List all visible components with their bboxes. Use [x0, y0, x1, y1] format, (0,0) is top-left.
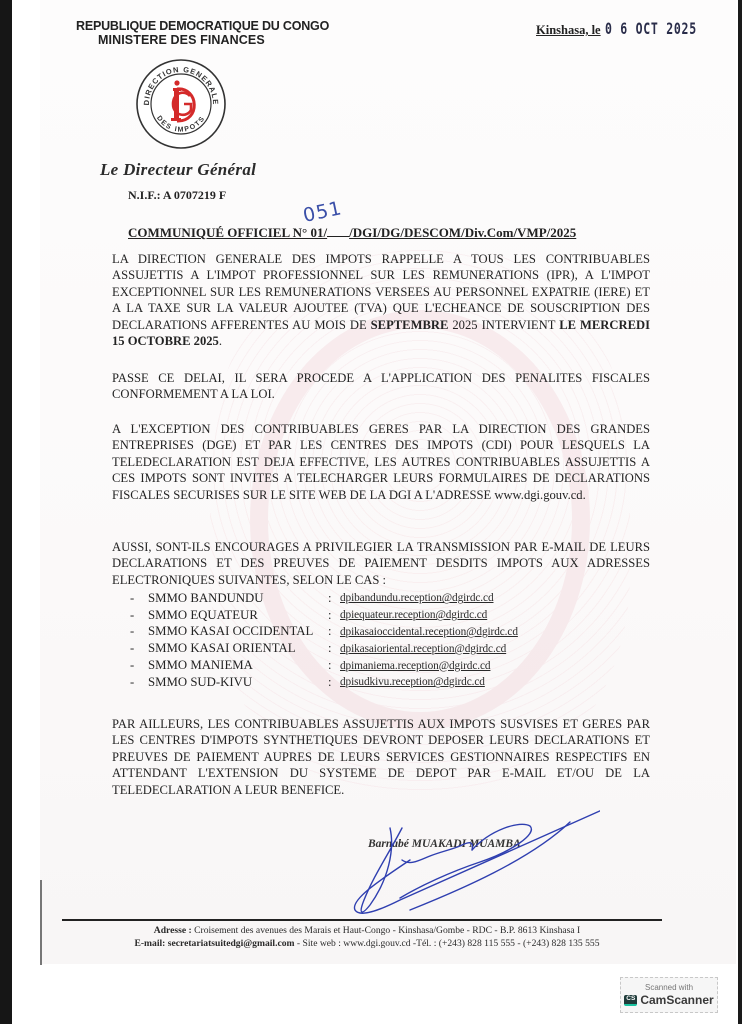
list-item: - SMMO KASAI ORIENTAL : dpikasaioriental… — [130, 640, 570, 657]
list-item: - SMMO MANIEMA : dpimaniema.reception@dg… — [130, 657, 570, 674]
left-frame-edge — [0, 0, 12, 1024]
right-frame-edge — [738, 0, 742, 1024]
date-stamp: 0 6 OCT 2025 — [605, 19, 697, 38]
paragraph-deadline: LA DIRECTION GENERALE DES IMPOTS RAPPELL… — [112, 251, 650, 349]
footer-divider — [62, 919, 662, 921]
email-link[interactable]: dpikasaioriental.reception@dgirdc.cd — [340, 643, 506, 655]
region-name: SMMO EQUATEUR — [148, 608, 328, 623]
paragraph-penalties: PASSE CE DELAI, IL SERA PROCEDE A L'APPL… — [112, 370, 650, 403]
date-label: Kinshasa, le — [536, 23, 601, 38]
footer-contact: E-mail: secretariatsuitedgi@gmail.com - … — [62, 938, 672, 949]
communique-title: COMMUNIQUÉ OFFICIEL N° 01//DGI/DG/DESCOM… — [128, 225, 576, 241]
republic-heading: REPUBLIQUE DEMOCRATIQUE DU CONGO — [76, 19, 329, 33]
scanner-caption: Scanned with — [645, 983, 693, 993]
footer-email: E-mail: secretariatsuitedgi@gmail.com — [134, 938, 294, 949]
communique-suffix: /DGI/DG/DESCOM/Div.Com/VMP/2025 — [349, 225, 576, 240]
camscanner-logo-icon: CS — [624, 995, 637, 1006]
email-address-list: - SMMO BANDUNDU : dpibandundu.reception@… — [130, 590, 570, 691]
page-corner-shadow — [40, 880, 42, 965]
paragraph-email-transmission: AUSSI, SONT-ILS ENCOURAGES A PRIVILEGIER… — [112, 539, 650, 588]
region-name: SMMO KASAI OCCIDENTAL — [148, 624, 328, 639]
region-name: SMMO KASAI ORIENTAL — [148, 641, 328, 656]
footer-address: Adresse : Croisement des avenues des Mar… — [62, 925, 672, 936]
director-title: Le Directeur Général — [100, 160, 256, 180]
list-item: - SMMO SUD-KIVU : dpisudkivu.reception@d… — [130, 674, 570, 691]
communique-prefix: COMMUNIQUÉ OFFICIEL N° 01/ — [128, 225, 327, 240]
camscanner-badge: Scanned with CS CamScanner — [620, 977, 718, 1013]
dgi-logo-icon: DIRECTION GENERALE DES IMPOTS — [135, 58, 227, 150]
scanner-brand: CamScanner — [640, 993, 713, 1007]
email-link[interactable]: dpisudkivu.reception@dgirdc.cd — [340, 676, 485, 688]
handwritten-signature-icon — [340, 800, 600, 920]
ministry-heading: MINISTERE DES FINANCES — [98, 33, 265, 47]
deadline-month: SEPTEMBRE — [371, 318, 449, 332]
nif-number: N.I.F.: A 0707219 F — [128, 188, 226, 203]
date-line: Kinshasa, le 0 6 OCT 2025 — [536, 19, 732, 38]
region-name: SMMO MANIEMA — [148, 658, 328, 673]
email-link[interactable]: dpiequateur.reception@dgirdc.cd — [340, 609, 487, 621]
list-item: - SMMO KASAI OCCIDENTAL : dpikasaioccide… — [130, 624, 570, 641]
paragraph-download-forms: A L'EXCEPTION DES CONTRIBUABLES GERES PA… — [112, 421, 650, 503]
list-item: - SMMO BANDUNDU : dpibandundu.reception@… — [130, 590, 570, 607]
email-link[interactable]: dpimaniema.reception@dgirdc.cd — [340, 660, 490, 672]
list-item: - SMMO EQUATEUR : dpiequateur.reception@… — [130, 607, 570, 624]
region-name: SMMO BANDUNDU — [148, 591, 328, 606]
dgi-website-link[interactable]: www.dgi.gouv.cd. — [494, 488, 585, 502]
email-link[interactable]: dpikasaioccidental.reception@dgirdc.cd — [340, 626, 518, 638]
paragraph-synthetic-centers: PAR AILLEURS, LES CONTRIBUABLES ASSUJETT… — [112, 716, 650, 798]
region-name: SMMO SUD-KIVU — [148, 675, 328, 690]
email-link[interactable]: dpibandundu.reception@dgirdc.cd — [340, 592, 494, 604]
